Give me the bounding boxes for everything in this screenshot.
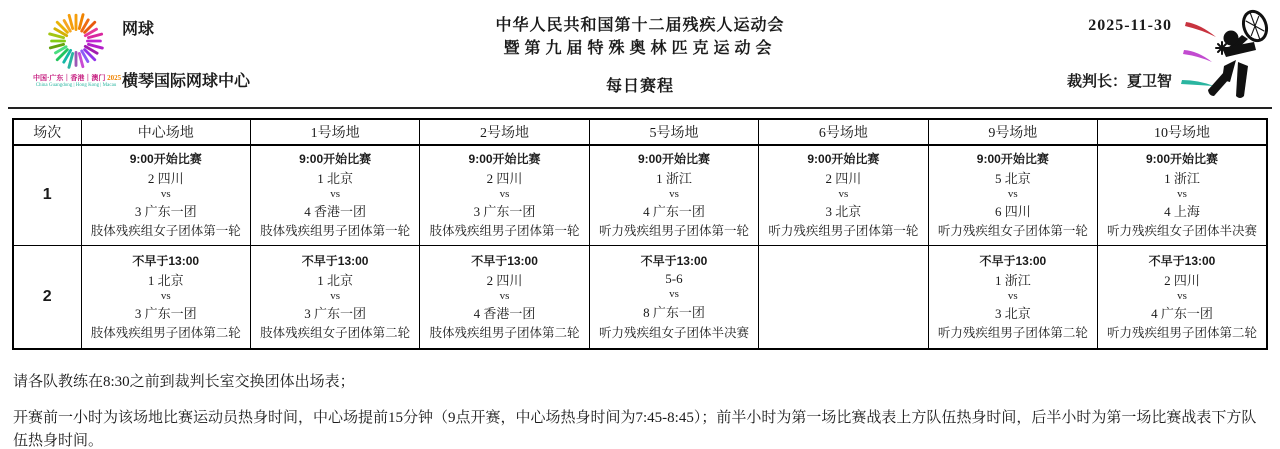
match-vs: vs (592, 188, 756, 200)
sport-title: 网球 (122, 16, 154, 39)
match-cell: 9:00开始比赛 2 四川 vs 3 北京 听力残疾组男子团体第一轮 (759, 145, 928, 245)
match-time: 9:00开始比赛 (253, 150, 417, 167)
header-divider (8, 107, 1272, 109)
column-header-court-9: 9号场地 (928, 119, 1097, 145)
match-team2: 4 香港一团 (422, 303, 586, 322)
column-header-court-10: 10号场地 (1098, 119, 1267, 145)
match-team1: 1 北京 (253, 168, 417, 187)
match-vs: vs (253, 290, 417, 302)
match-time: 9:00开始比赛 (931, 150, 1095, 167)
match-cell: 9:00开始比赛 2 四川 vs 3 广东一团 肢体残疾组男子团体第一轮 (420, 145, 589, 245)
emblem-caption-year: 2025 (107, 74, 121, 82)
match-team1: 1 浙江 (931, 270, 1095, 289)
match-team1: 2 四川 (84, 168, 248, 187)
session-number: 1 (13, 145, 81, 245)
match-team2: 8 广东一团 (592, 302, 756, 321)
match-time: 不早于13:00 (1100, 252, 1264, 269)
match-vs: vs (931, 188, 1095, 200)
tennis-player-pictogram-icon (1178, 4, 1274, 107)
match-event: 听力残疾组女子团体半决赛 (1100, 221, 1264, 239)
match-team1: 1 北京 (84, 270, 248, 289)
match-team2: 3 广东一团 (84, 201, 248, 220)
match-team1: 2 四川 (761, 168, 925, 187)
note-warmup-rules: 开赛前一小时为该场地比赛运动员热身时间，中心场提前15分钟（9点开赛，中心场热身… (13, 407, 1266, 449)
schedule-date: 2025-11-30 (1088, 17, 1172, 35)
match-cell: 不早于13:00 5-6 vs 8 广东一团 听力残疾组女子团体半决赛 (589, 245, 758, 349)
match-event: 听力残疾组男子团体第二轮 (931, 323, 1095, 341)
match-time: 不早于13:00 (84, 252, 248, 269)
match-cell: 不早于13:00 1 浙江 vs 3 北京 听力残疾组男子团体第二轮 (928, 245, 1097, 349)
match-event: 听力残疾组女子团体半决赛 (592, 323, 756, 341)
match-cell: 9:00开始比赛 2 四川 vs 3 广东一团 肢体残疾组女子团体第一轮 (81, 145, 250, 245)
match-time: 9:00开始比赛 (1100, 150, 1264, 167)
match-team1: 2 四川 (1100, 270, 1264, 289)
match-team1: 1 浙江 (1100, 168, 1264, 187)
column-header-court-1: 1号场地 (250, 119, 419, 145)
match-event: 肢体残疾组女子团体第二轮 (253, 323, 417, 341)
event-title-block: 中华人民共和国第十二届残疾人运动会 暨第九届特殊奥林匹克运动会 每日赛程 (300, 14, 980, 96)
match-time: 9:00开始比赛 (592, 150, 756, 167)
footer-notes: 请各队教练在8:30之前到裁判长室交换团体出场表； 开赛前一小时为该场地比赛运动… (13, 370, 1266, 449)
match-time: 不早于13:00 (422, 252, 586, 269)
match-vs: vs (422, 188, 586, 200)
match-team2: 3 广东一团 (422, 201, 586, 220)
schedule-table: 场次 中心场地 1号场地 2号场地 5号场地 6号场地 9号场地 10号场地 1… (12, 118, 1268, 350)
match-event: 听力残疾组女子团体第一轮 (931, 221, 1095, 239)
match-cell: 9:00开始比赛 1 北京 vs 4 香港一团 肢体残疾组男子团体第一轮 (250, 145, 419, 245)
match-team1: 5 北京 (931, 168, 1095, 187)
match-vs: vs (422, 290, 586, 302)
match-team2: 3 广东一团 (253, 303, 417, 322)
match-event: 肢体残疾组男子团体第二轮 (84, 323, 248, 341)
page-header: 中国·广东｜香港｜澳门 2025 China Guangdong | Hong … (0, 0, 1280, 110)
match-vs: vs (1100, 188, 1264, 200)
column-header-court-6: 6号场地 (759, 119, 928, 145)
match-time: 不早于13:00 (253, 252, 417, 269)
match-vs: vs (84, 290, 248, 302)
match-team2: 3 北京 (761, 201, 925, 220)
match-team2: 4 广东一团 (1100, 303, 1264, 322)
match-team2: 3 北京 (931, 303, 1095, 322)
match-team2: 3 广东一团 (84, 303, 248, 322)
match-vs: vs (592, 288, 756, 300)
table-header-row: 场次 中心场地 1号场地 2号场地 5号场地 6号场地 9号场地 10号场地 (13, 119, 1267, 145)
match-team2: 4 广东一团 (592, 201, 756, 220)
match-team1: 5-6 (592, 271, 756, 287)
match-team1: 1 浙江 (592, 168, 756, 187)
table-row-session-1: 1 9:00开始比赛 2 四川 vs 3 广东一团 肢体残疾组女子团体第一轮 9… (13, 145, 1267, 245)
match-vs: vs (931, 290, 1095, 302)
match-event: 肢体残疾组男子团体第二轮 (422, 323, 586, 341)
match-cell: 不早于13:00 1 北京 vs 3 广东一团 肢体残疾组男子团体第二轮 (81, 245, 250, 349)
session-number: 2 (13, 245, 81, 349)
column-header-court-5: 5号场地 (589, 119, 758, 145)
match-vs: vs (84, 188, 248, 200)
match-event: 听力残疾组男子团体第一轮 (592, 221, 756, 239)
match-event: 听力残疾组男子团体第二轮 (1100, 323, 1264, 341)
match-cell: 不早于13:00 2 四川 vs 4 广东一团 听力残疾组男子团体第二轮 (1098, 245, 1267, 349)
match-time: 不早于13:00 (931, 252, 1095, 269)
match-time: 9:00开始比赛 (84, 150, 248, 167)
venue-title: 横琴国际网球中心 (122, 68, 250, 91)
match-vs: vs (253, 188, 417, 200)
column-header-court-2: 2号场地 (420, 119, 589, 145)
match-team2: 4 上海 (1100, 201, 1264, 220)
table-row-session-2: 2 不早于13:00 1 北京 vs 3 广东一团 肢体残疾组男子团体第二轮 不… (13, 245, 1267, 349)
emblem-caption-en: China Guangdong | Hong Kong | Macau (33, 82, 119, 89)
match-event: 肢体残疾组男子团体第一轮 (422, 221, 586, 239)
schedule-subtitle: 每日赛程 (300, 73, 980, 96)
match-cell-empty (759, 245, 928, 349)
match-cell: 9:00开始比赛 5 北京 vs 6 四川 听力残疾组女子团体第一轮 (928, 145, 1097, 245)
match-vs: vs (761, 188, 925, 200)
referee-name: 裁判长：夏卫智 (1067, 70, 1172, 91)
note-exchange-lineup: 请各队教练在8:30之前到裁判长室交换团体出场表； (13, 370, 1266, 391)
match-cell: 9:00开始比赛 1 浙江 vs 4 上海 听力残疾组女子团体半决赛 (1098, 145, 1267, 245)
match-cell: 不早于13:00 2 四川 vs 4 香港一团 肢体残疾组男子团体第二轮 (420, 245, 589, 349)
column-header-court-center: 中心场地 (81, 119, 250, 145)
emblem-caption-cn: 中国·广东｜香港｜澳门 2025 (33, 74, 119, 82)
match-team1: 2 四川 (422, 168, 586, 187)
match-time: 9:00开始比赛 (422, 150, 586, 167)
match-time: 9:00开始比赛 (761, 150, 925, 167)
column-header-session: 场次 (13, 119, 81, 145)
match-team2: 4 香港一团 (253, 201, 417, 220)
match-vs: vs (1100, 290, 1264, 302)
match-event: 听力残疾组男子团体第一轮 (761, 221, 925, 239)
match-team1: 2 四川 (422, 270, 586, 289)
match-cell: 9:00开始比赛 1 浙江 vs 4 广东一团 听力残疾组男子团体第一轮 (589, 145, 758, 245)
match-team2: 6 四川 (931, 201, 1095, 220)
games-emblem-burst-icon (40, 8, 112, 74)
match-cell: 不早于13:00 1 北京 vs 3 广东一团 肢体残疾组女子团体第二轮 (250, 245, 419, 349)
match-team1: 1 北京 (253, 270, 417, 289)
match-event: 肢体残疾组男子团体第一轮 (253, 221, 417, 239)
games-emblem: 中国·广东｜香港｜澳门 2025 China Guangdong | Hong … (33, 8, 119, 100)
event-title-line1: 中华人民共和国第十二届残疾人运动会 (300, 14, 980, 37)
event-title-line2: 暨第九届特殊奥林匹克运动会 (300, 37, 980, 60)
match-event: 肢体残疾组女子团体第一轮 (84, 221, 248, 239)
match-time: 不早于13:00 (592, 252, 756, 269)
